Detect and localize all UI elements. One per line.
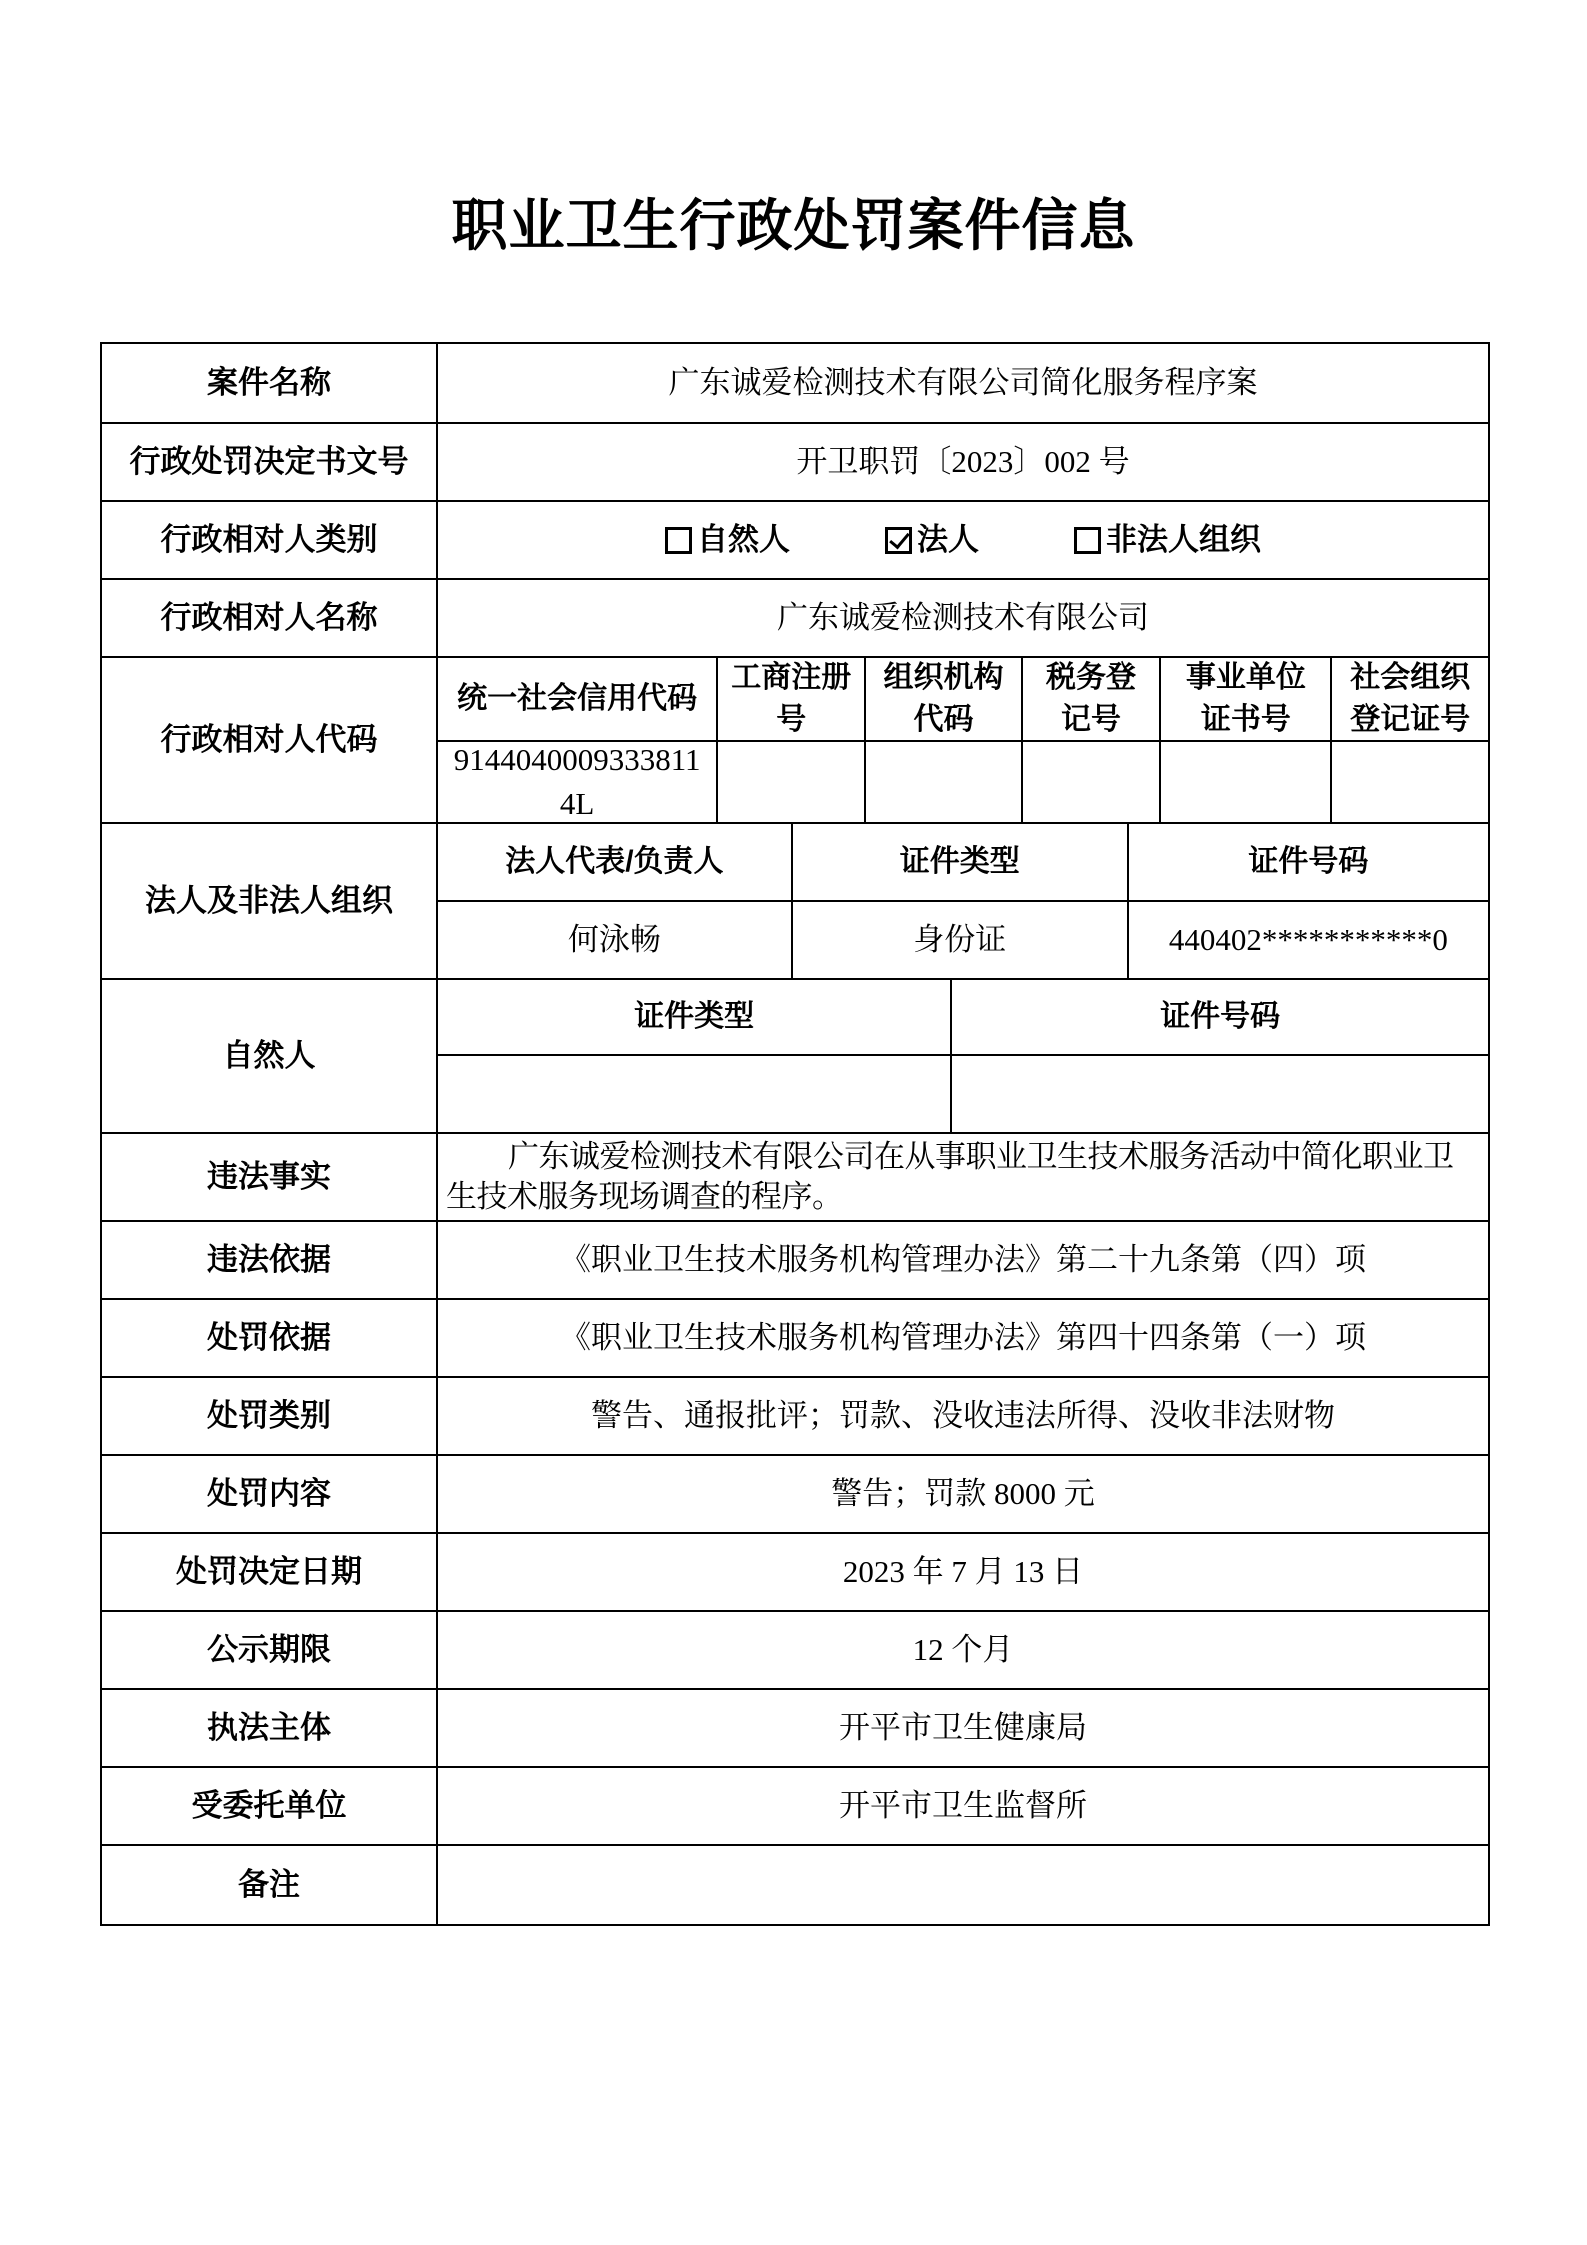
codes-cell-value xyxy=(1021,742,1160,822)
row-decision-date: 处罚决定日期 2023 年 7 月 13 日 xyxy=(102,1532,1488,1610)
counterpart-category-label: 行政相对人类别 xyxy=(102,502,438,578)
codes-col-header: 组织机构代码 xyxy=(864,658,1020,742)
publicity-period-label: 公示期限 xyxy=(102,1612,438,1688)
codes-col-header: 统一社会信用代码 xyxy=(438,658,716,742)
checkbox-natural-person xyxy=(665,527,692,554)
codes-col-header: 工商注册号 xyxy=(716,658,864,742)
penalty-content-label: 处罚内容 xyxy=(102,1456,438,1532)
option-natural-person-label: 自然人 xyxy=(697,519,790,561)
row-penalty-basis: 处罚依据 《职业卫生技术服务机构管理办法》第四十四条第（一）项 xyxy=(102,1298,1488,1376)
codes-cell-value xyxy=(864,742,1020,822)
case-name-label: 案件名称 xyxy=(102,344,438,422)
option-legal-person: 法人 xyxy=(885,519,979,561)
row-entrusted-unit: 受委托单位 开平市卫生监督所 xyxy=(102,1766,1488,1844)
penalty-basis-label: 处罚依据 xyxy=(102,1300,438,1376)
row-natural-person: 自然人 证件类型 证件号码 xyxy=(102,978,1488,1132)
decision-date-label: 处罚决定日期 xyxy=(102,1534,438,1610)
codes-col-header: 事业单位证书号 xyxy=(1159,658,1330,742)
penalty-basis-value: 《职业卫生技术服务机构管理办法》第四十四条第（一）项 xyxy=(438,1300,1488,1376)
row-decision-doc-no: 行政处罚决定书文号 开卫职罚〔2023〕002 号 xyxy=(102,422,1488,500)
penalty-type-value: 警告、通报批评；罚款、没收违法所得、没收非法财物 xyxy=(438,1378,1488,1454)
legal-rep-id-type: 身份证 xyxy=(791,902,1127,978)
option-legal-person-label: 法人 xyxy=(917,519,979,561)
row-penalty-type: 处罚类别 警告、通报批评；罚款、没收违法所得、没收非法财物 xyxy=(102,1376,1488,1454)
row-law-enforcer: 执法主体 开平市卫生健康局 xyxy=(102,1688,1488,1766)
legal-rep-name: 何泳畅 xyxy=(438,902,791,978)
natural-person-id-number xyxy=(950,1056,1488,1132)
counterpart-name-label: 行政相对人名称 xyxy=(102,580,438,656)
row-case-name: 案件名称 广东诚爱检测技术有限公司简化服务程序案 xyxy=(102,344,1488,422)
legal-org-subtable: 法人代表/负责人 证件类型 证件号码 何泳畅 身份证 440402*******… xyxy=(438,824,1488,978)
law-enforcer-value: 开平市卫生健康局 xyxy=(438,1690,1488,1766)
page-title: 职业卫生行政处罚案件信息 xyxy=(0,196,1587,258)
remarks-label: 备注 xyxy=(102,1846,438,1924)
penalty-content-value: 警告；罚款 8000 元 xyxy=(438,1456,1488,1532)
legal-org-col-header: 证件号码 xyxy=(1127,824,1488,902)
natural-person-subtable: 证件类型 证件号码 xyxy=(438,980,1488,1132)
row-illegal-facts: 违法事实 广东诚爱检测技术有限公司在从事职业卫生技术服务活动中简化职业卫生技术服… xyxy=(102,1132,1488,1220)
category-options: 自然人 法人 非法人组织 xyxy=(665,519,1261,561)
natural-person-id-type xyxy=(438,1056,950,1132)
violation-basis-label: 违法依据 xyxy=(102,1222,438,1298)
violation-basis-value: 《职业卫生技术服务机构管理办法》第二十九条第（四）项 xyxy=(438,1222,1488,1298)
decision-doc-no-value: 开卫职罚〔2023〕002 号 xyxy=(438,424,1488,500)
decision-date-value: 2023 年 7 月 13 日 xyxy=(438,1534,1488,1610)
natural-person-col-header: 证件号码 xyxy=(950,980,1488,1056)
illegal-facts-label: 违法事实 xyxy=(102,1134,438,1220)
credit-code-value: 91440400093338114L xyxy=(438,742,716,822)
legal-org-col-header: 证件类型 xyxy=(791,824,1127,902)
counterpart-codes-label: 行政相对人代码 xyxy=(102,658,438,822)
codes-col-header: 社会组织登记证号 xyxy=(1330,658,1488,742)
row-counterpart-codes: 行政相对人代码 统一社会信用代码 工商注册号 组织机构代码 税务登记号 事业单位… xyxy=(102,656,1488,822)
law-enforcer-label: 执法主体 xyxy=(102,1690,438,1766)
natural-person-col-header: 证件类型 xyxy=(438,980,950,1056)
codes-cell-value xyxy=(1330,742,1488,822)
row-violation-basis: 违法依据 《职业卫生技术服务机构管理办法》第二十九条第（四）项 xyxy=(102,1220,1488,1298)
penalty-type-label: 处罚类别 xyxy=(102,1378,438,1454)
row-legal-org: 法人及非法人组织 法人代表/负责人 证件类型 证件号码 何泳畅 身份证 4404… xyxy=(102,822,1488,978)
natural-person-label: 自然人 xyxy=(102,980,438,1132)
checkbox-unincorporated-org xyxy=(1074,527,1101,554)
legal-rep-id-number: 440402***********0 xyxy=(1127,902,1488,978)
illegal-facts-value: 广东诚爱检测技术有限公司在从事职业卫生技术服务活动中简化职业卫生技术服务现场调查… xyxy=(438,1134,1488,1220)
remarks-value xyxy=(438,1846,1488,1924)
row-publicity-period: 公示期限 12 个月 xyxy=(102,1610,1488,1688)
option-unincorporated-org: 非法人组织 xyxy=(1074,519,1261,561)
codes-cell-value xyxy=(1159,742,1330,822)
row-penalty-content: 处罚内容 警告；罚款 8000 元 xyxy=(102,1454,1488,1532)
row-counterpart-category: 行政相对人类别 自然人 法人 非法人组织 xyxy=(102,500,1488,578)
entrusted-unit-value: 开平市卫生监督所 xyxy=(438,1768,1488,1844)
counterpart-category-value: 自然人 法人 非法人组织 xyxy=(438,502,1488,578)
legal-org-col-header: 法人代表/负责人 xyxy=(438,824,791,902)
checkbox-legal-person xyxy=(885,527,912,554)
option-natural-person: 自然人 xyxy=(665,519,790,561)
codes-col-header: 税务登记号 xyxy=(1021,658,1160,742)
codes-subtable: 统一社会信用代码 工商注册号 组织机构代码 税务登记号 事业单位证书号 社会组织… xyxy=(438,658,1488,822)
legal-org-label: 法人及非法人组织 xyxy=(102,824,438,978)
case-name-value: 广东诚爱检测技术有限公司简化服务程序案 xyxy=(438,344,1488,422)
publicity-period-value: 12 个月 xyxy=(438,1612,1488,1688)
codes-cell-value xyxy=(716,742,864,822)
counterpart-name-value: 广东诚爱检测技术有限公司 xyxy=(438,580,1488,656)
case-info-table: 案件名称 广东诚爱检测技术有限公司简化服务程序案 行政处罚决定书文号 开卫职罚〔… xyxy=(100,342,1490,1926)
entrusted-unit-label: 受委托单位 xyxy=(102,1768,438,1844)
option-unincorporated-org-label: 非法人组织 xyxy=(1106,519,1261,561)
row-counterpart-name: 行政相对人名称 广东诚爱检测技术有限公司 xyxy=(102,578,1488,656)
decision-doc-no-label: 行政处罚决定书文号 xyxy=(102,424,438,500)
row-remarks: 备注 xyxy=(102,1844,1488,1924)
